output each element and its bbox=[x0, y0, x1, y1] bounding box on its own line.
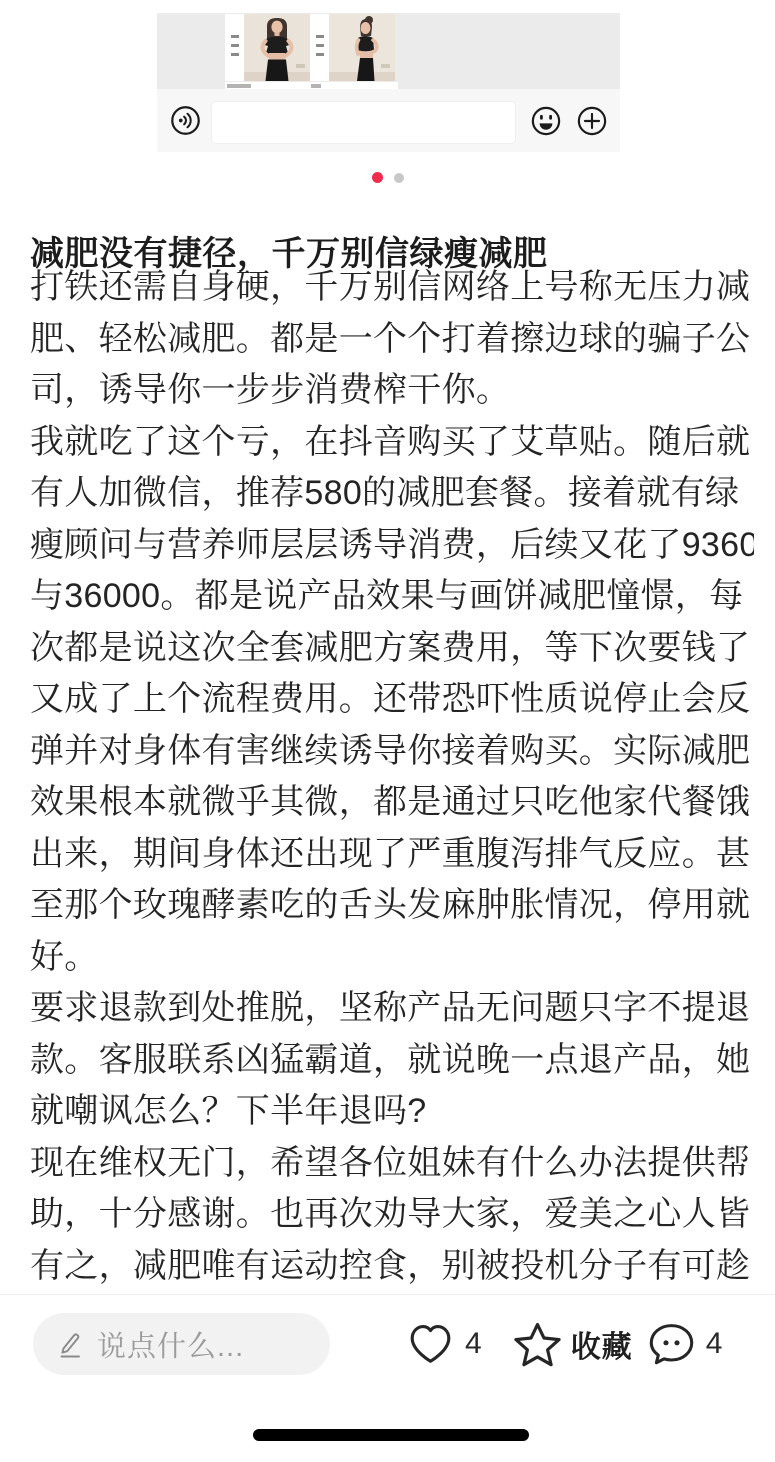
post-text-line: 瘦顾问与营养师层层诱导消费，后续又花了9360 bbox=[30, 520, 754, 572]
chat-photo-area bbox=[157, 13, 620, 89]
comment-count: 4 bbox=[706, 1327, 723, 1361]
after-photo bbox=[329, 14, 395, 81]
image-carousel[interactable] bbox=[0, 0, 775, 200]
post-text-line: 与36000。都是说产品效果与画饼减肥憧憬，每 bbox=[30, 571, 754, 623]
star-icon bbox=[512, 1320, 563, 1369]
chat-screenshot-image[interactable] bbox=[157, 13, 620, 152]
comment-placeholder: 说点什么... bbox=[97, 1324, 244, 1365]
comment-button[interactable]: 4 bbox=[647, 1321, 723, 1368]
post-text-line: 效果根本就微乎其微，都是通过只吃他家代餐饿 bbox=[30, 777, 754, 829]
comment-bubble-icon bbox=[647, 1321, 696, 1368]
voice-message-icon bbox=[170, 105, 201, 136]
post-text-line: 好。 bbox=[30, 932, 754, 984]
heart-icon bbox=[406, 1321, 455, 1367]
after-photo-pair bbox=[310, 14, 395, 81]
post-text-line: 我就吃了这个亏，在抖音购买了艾草贴。随后就 bbox=[30, 417, 754, 469]
before-photo bbox=[244, 14, 310, 81]
plus-icon bbox=[577, 106, 607, 136]
post-text-line: 司，诱导你一步步消费榨干你。 bbox=[30, 365, 754, 417]
post-text-line: 弹并对身体有害继续诱导你接着购买。实际减肥 bbox=[30, 726, 754, 778]
post-text-line: 要求退款到处推脱，坚称产品无问题只字不提退 bbox=[30, 983, 754, 1035]
carousel-dot-active bbox=[372, 172, 383, 183]
like-count: 4 bbox=[465, 1327, 482, 1361]
post-text-line: 就嘲讽怎么？下半年退吗? bbox=[30, 1086, 754, 1138]
post-text-line: 助，十分感谢。也再次劝导大家，爱美之心人皆 bbox=[30, 1189, 754, 1241]
post-text-line: 现在维权无门，希望各位姐妹有什么办法提供帮 bbox=[30, 1138, 754, 1190]
post-text-line: 至那个玫瑰酵素吃的舌头发麻肿胀情况，停用就 bbox=[30, 880, 754, 932]
post-text-line: 打铁还需自身硬，千万别信网络上号称无压力减 bbox=[30, 262, 754, 314]
post-text-line: 有人加微信，推荐580的减肥套餐。接着就有绿 bbox=[30, 468, 754, 520]
carousel-dot-inactive bbox=[394, 173, 404, 183]
post-text-line: 肥、轻松减肥。都是一个个打着擦边球的骗子公 bbox=[30, 314, 754, 366]
bottom-action-bar: 说点什么... 4 收藏 4 bbox=[0, 1294, 775, 1393]
post-text-line: 次都是说这次全套减肥方案费用，等下次要钱了 bbox=[30, 623, 754, 675]
post-text-line: 有之，减肥唯有运动控食，别被投机分子有可趁 bbox=[30, 1241, 754, 1293]
carousel-dots bbox=[0, 172, 775, 183]
chat-input-bar bbox=[157, 89, 620, 152]
post-text-line: 款。客服联系凶猛霸道，就说晚一点退产品，她 bbox=[30, 1035, 754, 1087]
chat-text-input bbox=[212, 102, 515, 143]
photo-side-label bbox=[310, 14, 329, 81]
home-indicator-bar bbox=[253, 1429, 529, 1441]
like-button[interactable]: 4 bbox=[406, 1321, 482, 1367]
post-text-line: 又成了上个流程费用。还带恐吓性质说停止会反 bbox=[30, 674, 754, 726]
before-photo-pair bbox=[225, 14, 310, 81]
photo-side-label bbox=[225, 14, 244, 81]
collect-label: 收藏 bbox=[571, 1322, 633, 1366]
collect-button[interactable]: 收藏 bbox=[512, 1320, 633, 1369]
post-text-line: 出来，期间身体还出现了严重腹泻排气反应。甚 bbox=[30, 829, 754, 881]
emoji-icon bbox=[531, 106, 561, 136]
post-body-text: 打铁还需自身硬，千万别信网络上号称无压力减肥、轻松减肥。都是一个个打着擦边球的骗… bbox=[30, 262, 754, 1292]
comment-input[interactable]: 说点什么... bbox=[33, 1313, 330, 1375]
edit-pencil-icon bbox=[57, 1330, 84, 1359]
